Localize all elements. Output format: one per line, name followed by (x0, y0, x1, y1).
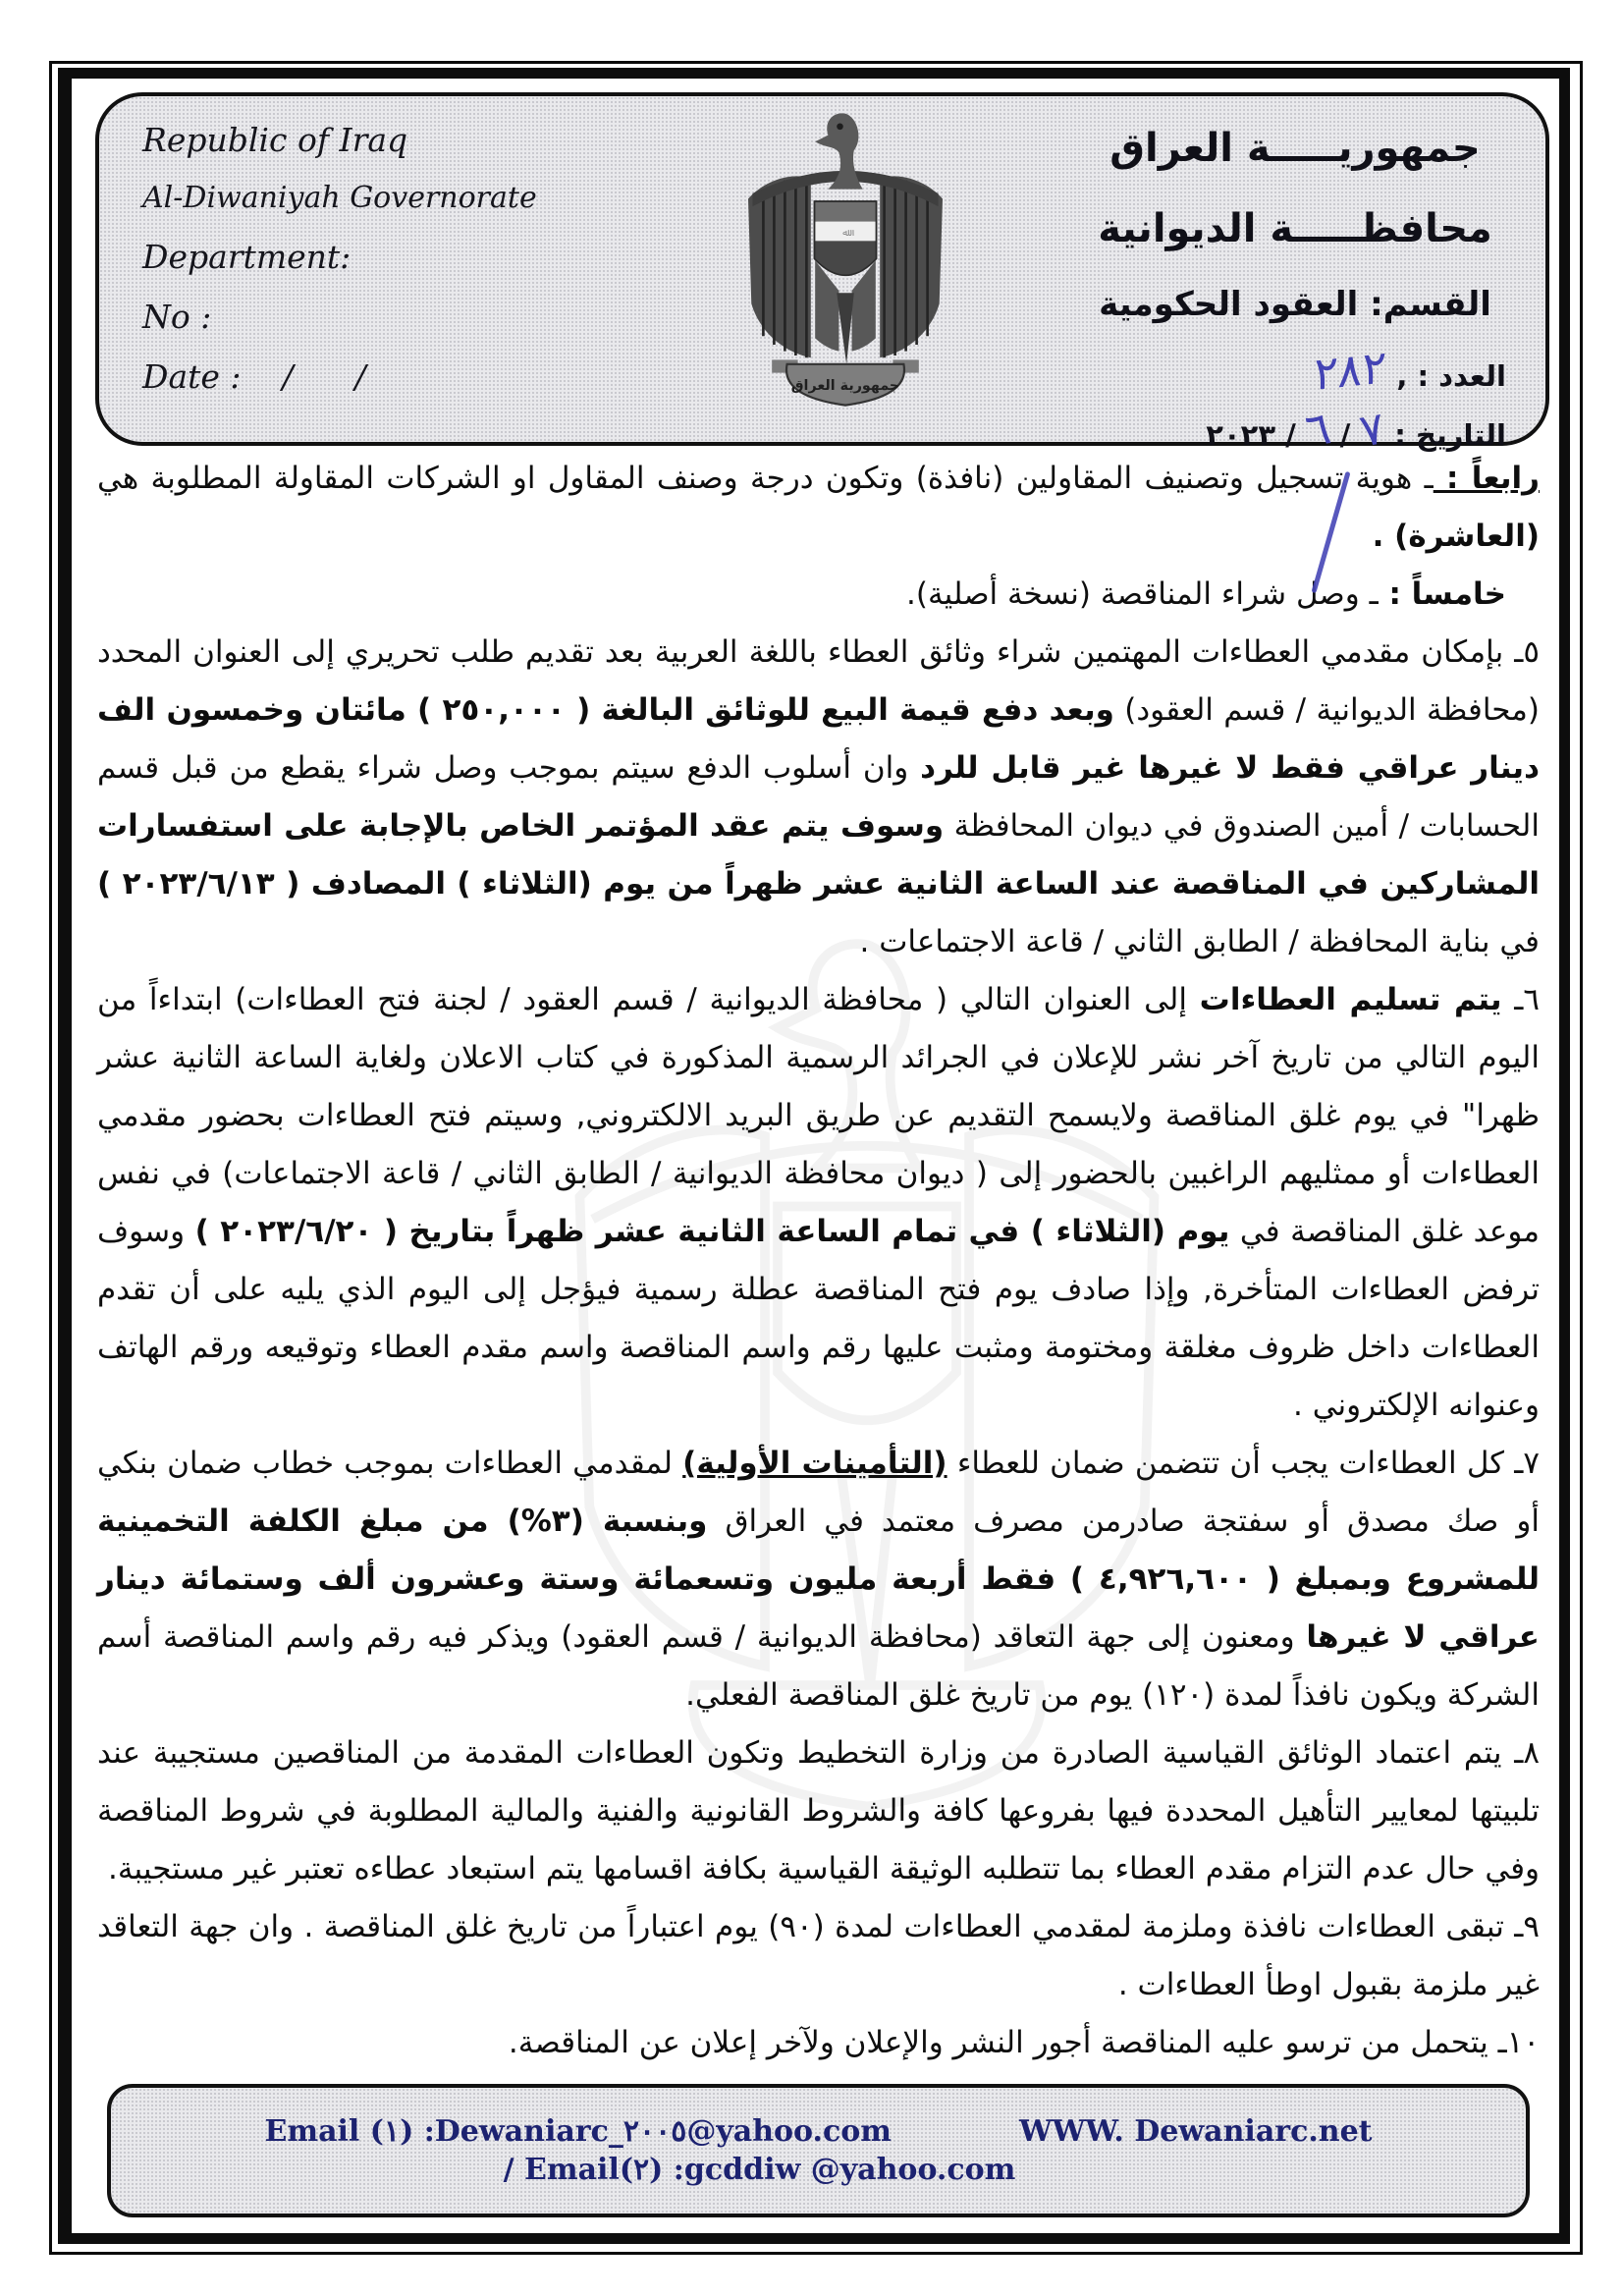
letterhead-arabic: جمهوريـــــة العراق محافظـــــة الديواني… (1084, 126, 1506, 462)
paragraph: ٨ـ يتم اعتماد الوثائق القياسية الصادرة م… (97, 1724, 1540, 1898)
text-segment: (العاشرة) . (1373, 519, 1540, 554)
document-date-line: التاريخ : ٧ / ٦ / ٢٠٢٣ (1084, 403, 1506, 456)
date-sep2: / (1285, 418, 1296, 452)
paragraph: ٧ـ كل العطاءات يجب أن تتضمن ضمان للعطاء … (97, 1435, 1540, 1724)
arabic-country: جمهوريـــــة العراق (1084, 126, 1506, 171)
text-segment: رابعاً : (1434, 461, 1540, 496)
text-segment: خامساً : (1379, 576, 1506, 612)
paragraph: ٩ـ تبقى العطاءات نافذة وملزمة لمقدمي الع… (97, 1898, 1540, 2014)
text-segment: ٩ـ تبقى العطاءات نافذة وملزمة لمقدمي الع… (97, 1909, 1540, 2002)
emblem-base-text: جمهورية العراق (791, 378, 899, 394)
email-1: Email (١) :Dewaniarc_٢٠٠٥@yahoo.com (264, 2114, 892, 2149)
text-segment: ٨ـ يتم اعتماد الوثائق القياسية الصادرة م… (97, 1735, 1540, 1886)
english-country: Republic of Iraq (142, 124, 555, 156)
emblem-container: ﷲ جمهورية العراق (669, 104, 1022, 434)
date-sep1: / (1340, 418, 1351, 452)
text-segment: ـ هوية تسجيل وتصنيف المقاولين (نافذة) وت… (97, 461, 1434, 496)
text-segment: في بناية المحافظة / الطابق الثاني / قاعة… (860, 924, 1541, 959)
letterhead-english: Republic of Iraq Al-Diwaniyah Governorat… (142, 124, 555, 420)
arabic-department: القسم: العقود الحكومية (1084, 285, 1506, 324)
text-segment: ٧ـ كل العطاءات يجب أن تتضمن ضمان للعطاء (947, 1446, 1540, 1481)
text-segment: ـ وصل شراء المناقصة (نسخة أصلية). (906, 576, 1379, 612)
page-frame-outer: Republic of Iraq Al-Diwaniyah Governorat… (49, 61, 1583, 2255)
text-segment: ١٠ـ يتحمل من ترسو عليه المناقصة أجور الن… (509, 2025, 1540, 2060)
number-value-handwritten: ٢٨٢ (1313, 340, 1387, 401)
paragraph: ١٠ـ يتحمل من ترسو عليه المناقصة أجور الن… (97, 2014, 1540, 2072)
arabic-governorate: محافظـــــة الديوانية (1084, 206, 1506, 251)
date-year-printed: ٢٠٢٣ (1206, 418, 1275, 452)
english-department-label: Department: (142, 241, 555, 273)
paragraph: ٥ـ بإمكان مقدمي العطاءات المهتمين شراء و… (97, 624, 1540, 971)
document-body: رابعاً : ـ هوية تسجيل وتصنيف المقاولين (… (97, 450, 1540, 2072)
footer-line2: / Email(٢) :gcddiw @yahoo.com (504, 2153, 1016, 2187)
date-label: التاريخ : (1394, 418, 1506, 452)
iraq-eagle-emblem-icon: ﷲ جمهورية العراق (698, 107, 993, 431)
document-number-line: العدد : , ٢٨٢ (1084, 344, 1506, 397)
footer-line1: Email (١) :Dewaniarc_٢٠٠٥@yahoo.com WWW.… (264, 2114, 1372, 2149)
footer-contact: Email (١) :Dewaniarc_٢٠٠٥@yahoo.com WWW.… (107, 2084, 1530, 2217)
text-segment: يتم تسليم العطاءات (1200, 982, 1502, 1017)
paragraph: خامساً : ـ وصل شراء المناقصة (نسخة أصلية… (97, 566, 1540, 624)
number-label: العدد : , (1396, 359, 1506, 393)
english-date-slashes: / / (242, 357, 366, 396)
website: WWW. Dewaniarc.net (1019, 2114, 1373, 2149)
text-segment: إلى العنوان التالي ( محافظة الديوانية / … (97, 982, 1540, 1249)
english-no-label: No : (142, 301, 555, 333)
paragraph: ٦ـ يتم تسليم العطاءات إلى العنوان التالي… (97, 971, 1540, 1435)
letterhead: Republic of Iraq Al-Diwaniyah Governorat… (95, 92, 1549, 446)
email-2: / Email(٢) :gcddiw @yahoo.com (504, 2153, 1016, 2187)
scanned-document-page: Republic of Iraq Al-Diwaniyah Governorat… (0, 0, 1623, 2296)
text-segment: يوم (الثلاثاء ) في تمام الساعة الثانية ع… (195, 1214, 1230, 1249)
page-frame-inner: Republic of Iraq Al-Diwaniyah Governorat… (58, 68, 1570, 2244)
english-date-label: Date : (142, 357, 242, 396)
english-date-line: Date : / / (142, 360, 555, 393)
text-segment: (التأمينات الأولية) (682, 1446, 947, 1481)
english-governorate: Al-Diwaniyah Governorate (142, 184, 555, 213)
text-segment: ٦ـ (1502, 982, 1540, 1017)
